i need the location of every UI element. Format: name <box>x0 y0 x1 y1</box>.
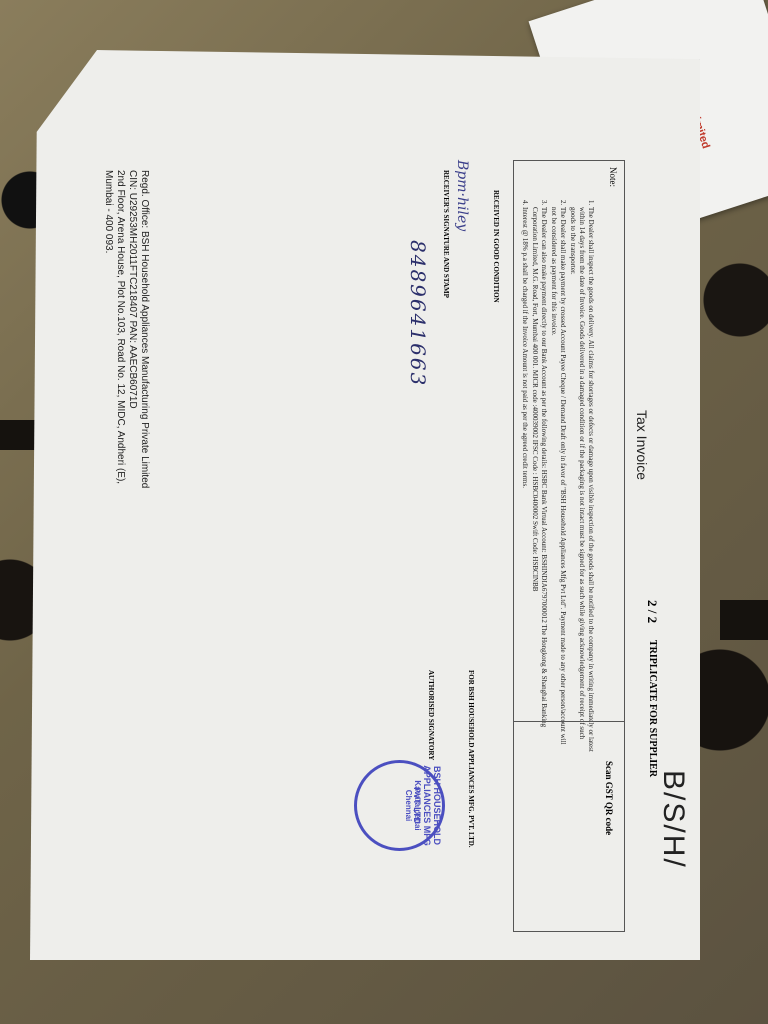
received-label: RECEIVED IN GOOD CONDITION <box>492 190 500 303</box>
qr-label: Scan GST QR code <box>604 761 614 835</box>
fabric-pattern <box>0 420 40 450</box>
stamp-inner-text: Kavaraipettai Chennai <box>404 778 422 833</box>
note-item: The Dealer shall make payment by crossed… <box>549 207 567 752</box>
notes-heading: Note: <box>608 167 618 187</box>
handwritten-number: 8489641663 <box>406 240 430 387</box>
registered-office: Regd. Office: BSH Household Appliances M… <box>102 170 150 488</box>
invoice-paper: B/S/H/ Tax Invoice 2 / 2 TRIPLICATE FOR … <box>30 50 700 960</box>
notes-box: Note: The Dealer shall inspect the goods… <box>513 160 625 932</box>
note-item: The Dealer shall inspect the goods on de… <box>568 207 595 752</box>
brand-logo: B/S/H/ <box>656 770 690 869</box>
note-item: The Dealer can also make payment directl… <box>530 207 548 752</box>
document-title: Tax Invoice <box>634 410 650 480</box>
fabric-pattern <box>720 600 768 640</box>
notes-list: The Dealer shall inspect the goods on de… <box>519 167 595 752</box>
note-item: Interest @ 18% p.a shall be charged if t… <box>520 207 529 752</box>
authorised-signatory-label: AUTHORISED SIGNATORY <box>427 670 435 760</box>
copy-label: TRIPLICATE FOR SUPPLIER <box>647 640 658 777</box>
box-divider <box>514 721 624 722</box>
for-company-label: FOR BSH HOUSEHOLD APPLIANCES MFG. PVT. L… <box>467 670 475 848</box>
company-stamp: BSH HOUSEHOLD APPLIANCES MFG PVT LTD Kav… <box>354 760 445 851</box>
page-number: 2 / 2 <box>644 600 660 623</box>
receiver-signature: Bpm·hiley <box>454 160 470 231</box>
receiver-signature-label: RECEIVER'S SIGNATURE AND STAMP <box>442 170 450 298</box>
